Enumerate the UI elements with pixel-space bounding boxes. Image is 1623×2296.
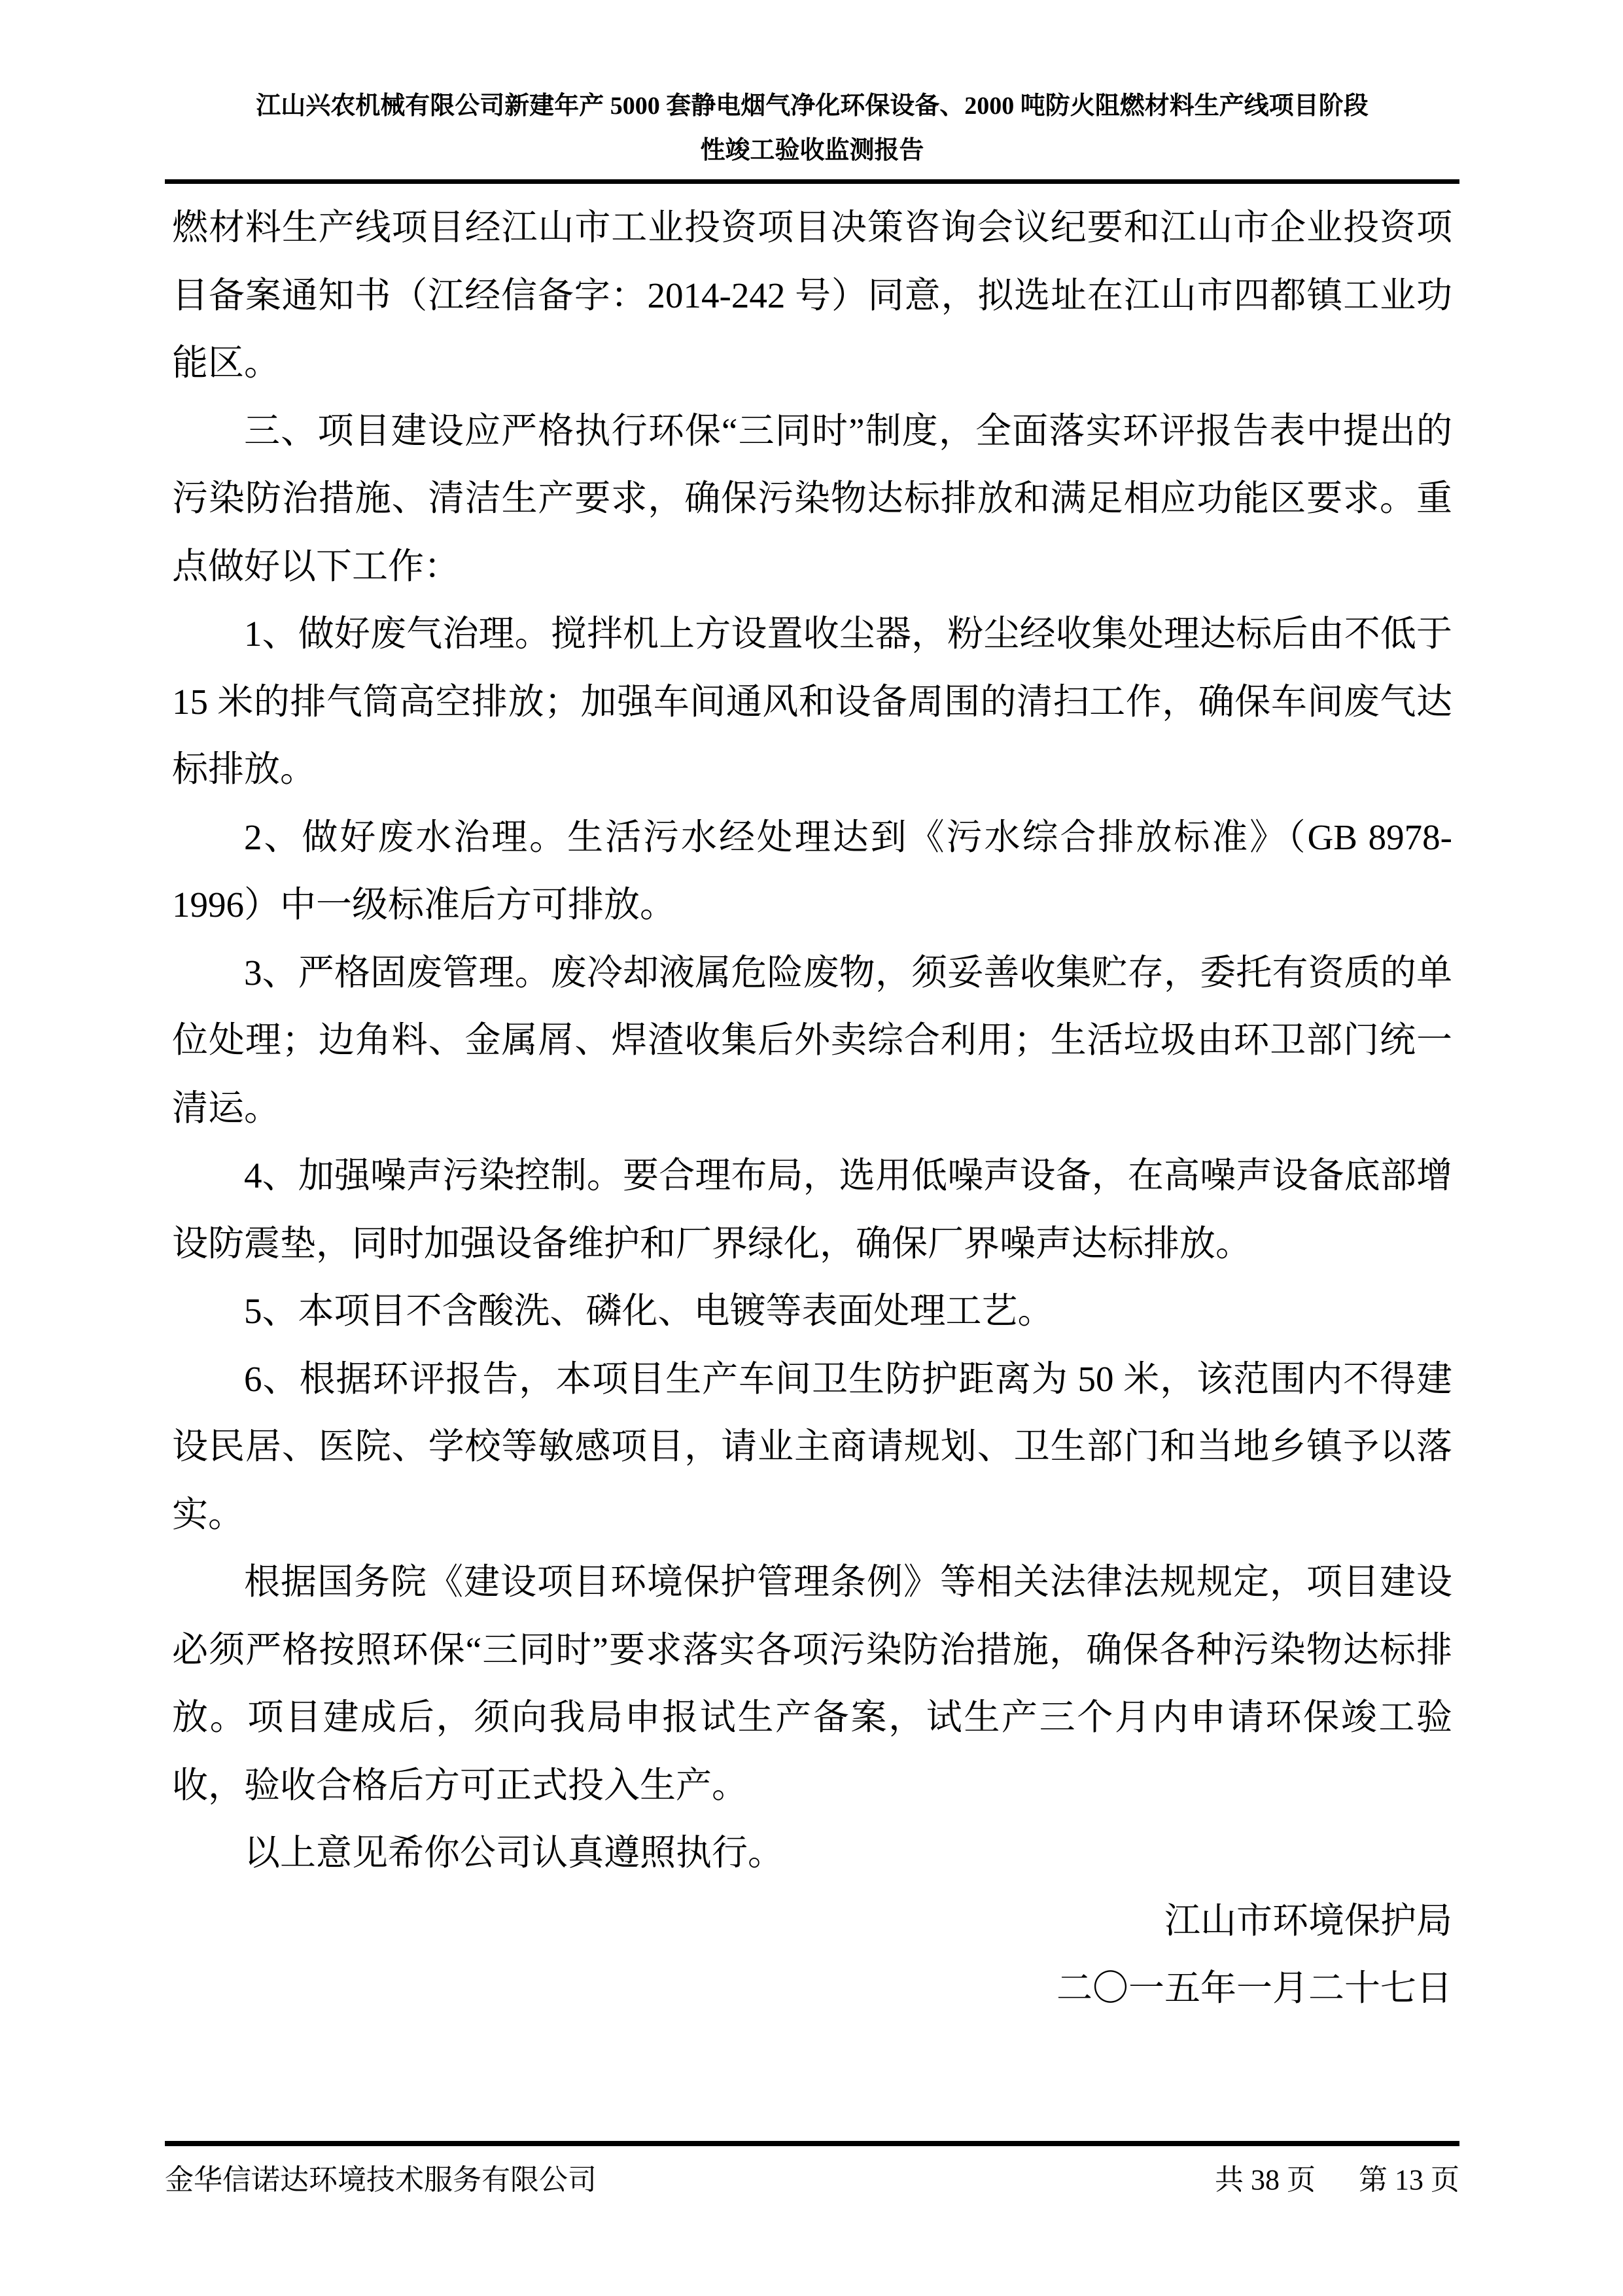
- paragraph: 2、做好废水治理。生活污水经处理达到《污水综合排放标准》（GB 8978-199…: [172, 804, 1452, 939]
- paragraph: 根据国务院《建设项目环境保护管理条例》等相关法律法规规定，项目建设必须严格按照环…: [172, 1548, 1452, 1819]
- footer-total-pages: 共 38 页: [1215, 2161, 1316, 2200]
- document-page: 江山兴农机械有限公司新建年产 5000 套静电烟气净化环保设备、2000 吨防火…: [0, 0, 1623, 2296]
- header-title-line-1: 江山兴农机械有限公司新建年产 5000 套静电烟气净化环保设备、2000 吨防火…: [165, 84, 1459, 128]
- page-header: 江山兴农机械有限公司新建年产 5000 套静电烟气净化环保设备、2000 吨防火…: [165, 84, 1459, 184]
- paragraph: 1、做好废气治理。搅拌机上方设置收尘器，粉尘经收集处理达标后由不低于 15 米的…: [172, 600, 1452, 804]
- paragraph: 三、项目建设应严格执行环保“三同时”制度，全面落实环评报告表中提出的污染防治措施…: [172, 397, 1452, 601]
- body-paragraphs: 燃材料生产线项目经江山市工业投资项目决策咨询会议纪要和江山市企业投资项目备案通知…: [172, 194, 1452, 1887]
- paragraph: 燃材料生产线项目经江山市工业投资项目决策咨询会议纪要和江山市企业投资项目备案通知…: [172, 194, 1452, 397]
- document-body: 燃材料生产线项目经江山市工业投资项目决策咨询会议纪要和江山市企业投资项目备案通知…: [172, 194, 1452, 2022]
- paragraph: 以上意见希你公司认真遵照执行。: [172, 1819, 1452, 1887]
- paragraph: 4、加强噪声污染控制。要合理布局，选用低噪声设备，在高噪声设备底部增设防震垫，同…: [172, 1142, 1452, 1277]
- paragraph: 5、本项目不含酸洗、磷化、电镀等表面处理工艺。: [172, 1277, 1452, 1345]
- header-title-line-2: 性竣工验收监测报告: [165, 128, 1459, 173]
- paragraph: 3、严格固废管理。废冷却液属危险废物，须妥善收集贮存，委托有资质的单位处理；边角…: [172, 939, 1452, 1142]
- signature-org: 江山市环境保护局: [172, 1887, 1452, 1955]
- paragraph: 6、根据环评报告，本项目生产车间卫生防护距离为 50 米，该范围内不得建设民居、…: [172, 1345, 1452, 1549]
- footer-company-name: 金华信诺达环境技术服务有限公司: [165, 2161, 597, 2200]
- signature-date: 二〇一五年一月二十七日: [172, 1954, 1452, 2022]
- footer-page-number: 第 13 页: [1359, 2161, 1459, 2200]
- footer-page-info: 共 38 页 第 13 页: [1215, 2161, 1459, 2200]
- page-footer: 金华信诺达环境技术服务有限公司 共 38 页 第 13 页: [165, 2141, 1459, 2200]
